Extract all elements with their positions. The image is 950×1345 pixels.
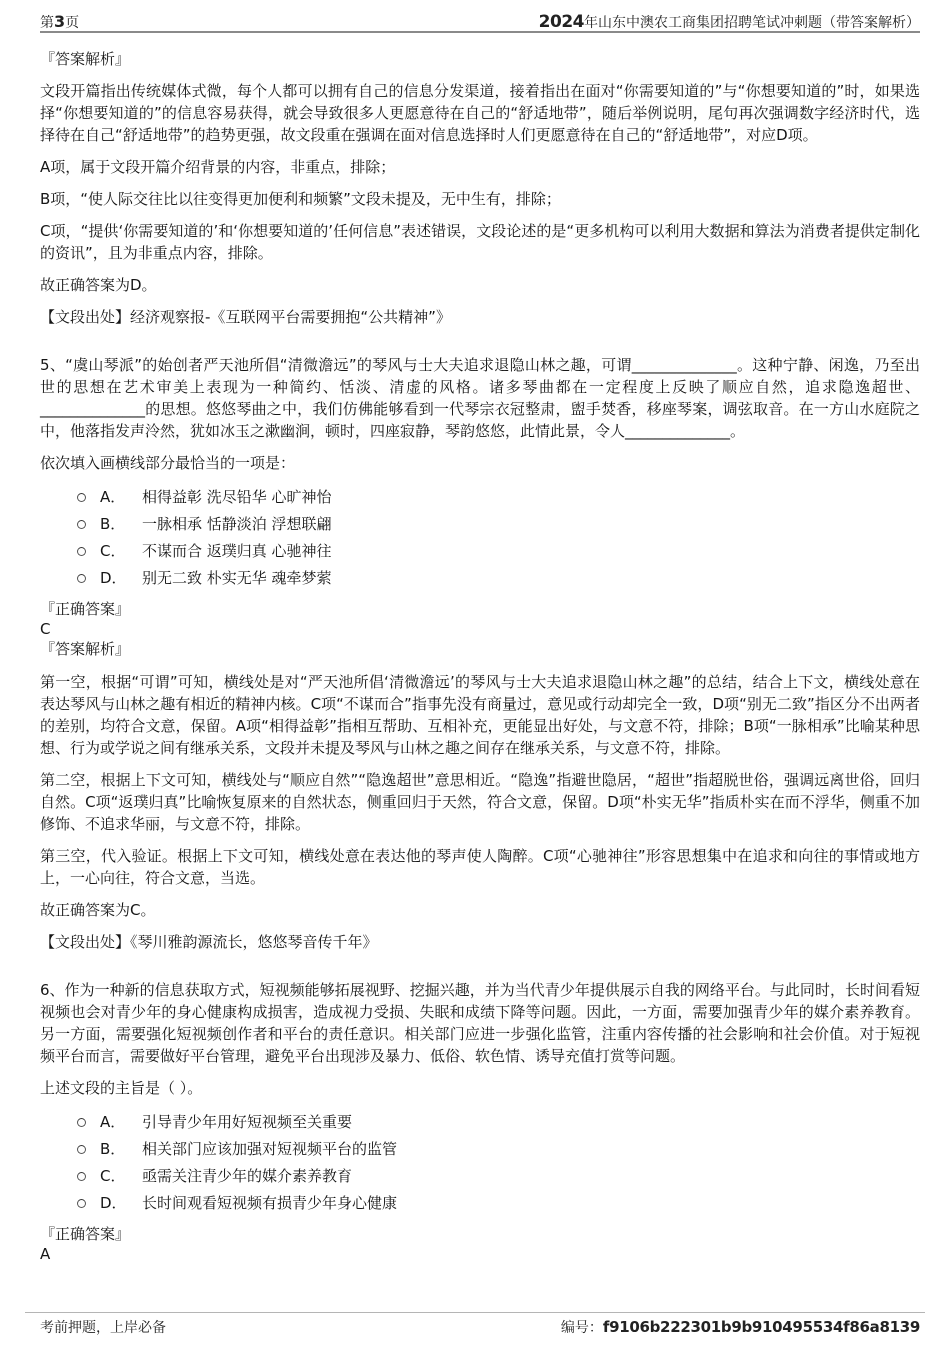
radio-button-icon[interactable] [77,493,86,502]
question-5-answer-block: 『正确答案』 C 『答案解析』 [40,599,920,659]
analysis-option-b: B项，“使人际交往比以往变得更加便利和频繁”文段未提及，无中生有，排除； [40,188,920,210]
page-number-prefix: 第 [40,15,54,31]
question-6-stem: 6、作为一种新的信息获取方式，短视频能够拓展视野、挖掘兴趣，并为当代青少年提供展… [40,979,920,1067]
option-text: 引导青少年用好短视频至关重要 [142,1111,352,1133]
q5-analysis-blank-3: 第三空，代入验证。根据上下文可知，横线处意在表达他的琴声使人陶醉。C项“心驰神往… [40,845,920,889]
radio-button-icon[interactable] [77,574,86,583]
page-footer: 考前押题，上岸必备 编号：f9106b222301b9b910495534f86… [40,1317,920,1337]
radio-button-icon[interactable] [77,520,86,529]
footer-id-value: f9106b222301b9b910495534f86a8139 [603,1318,920,1336]
footer-divider [25,1312,925,1313]
option-text: 相关部门应该加强对短视频平台的监管 [142,1138,397,1160]
q6-option-a[interactable]: A． 引导青少年用好短视频至关重要 [40,1111,920,1133]
document-body: 『答案解析』 文段开篇指出传统媒体式微，每个人都可以拥有自己的信息分发渠道，接着… [40,48,920,1264]
correct-answer-label: 『正确答案』 [40,1224,920,1244]
q5-analysis-source: 【文段出处】《琴川雅韵源流长，悠悠琴音传千年》 [40,931,920,953]
analysis-summary: 文段开篇指出传统媒体式微，每个人都可以拥有自己的信息分发渠道，接着指出在面对“你… [40,80,920,146]
question-6-options: A． 引导青少年用好短视频至关重要 B． 相关部门应该加强对短视频平台的监管 C… [40,1111,920,1214]
option-text: 不谋而合 返璞归真 心驰神往 [142,540,332,562]
option-text: 长时间观看短视频有损青少年身心健康 [142,1192,397,1214]
option-label: C． [100,540,142,562]
analysis-label: 『答案解析』 [40,48,920,70]
q6-option-c[interactable]: C． 亟需关注青少年的媒介素养教育 [40,1165,920,1187]
footer-slogan: 考前押题，上岸必备 [40,1317,166,1337]
header-divider [40,31,920,33]
document-title: 2024年山东中澳农工商集团招聘笔试冲刺题（带答案解析） [539,12,920,32]
option-label: D． [100,567,142,589]
radio-button-icon[interactable] [77,547,86,556]
radio-button-icon[interactable] [77,1118,86,1127]
analysis-source: 【文段出处】经济观察报-《互联网平台需要拥抱“公共精神”》 [40,306,920,328]
option-label: A． [100,1111,142,1133]
correct-answer-value: A [40,1244,920,1264]
page-number: 第3页 [40,12,79,32]
option-text: 别无二致 朴实无华 魂牵梦萦 [142,567,332,589]
option-text: 一脉相承 恬静淡泊 浮想联翩 [142,513,332,535]
correct-answer-value: C [40,619,920,639]
analysis-conclusion: 故正确答案为D。 [40,274,920,296]
q5-analysis-blank-1: 第一空，根据“可谓”可知，横线处是对“严天池所倡‘清微澹远’的琴风与士大夫追求退… [40,671,920,759]
option-label: C． [100,1165,142,1187]
option-label: A． [100,486,142,508]
q6-option-b[interactable]: B． 相关部门应该加强对短视频平台的监管 [40,1138,920,1160]
option-label: B． [100,1138,142,1160]
q5-option-d[interactable]: D． 别无二致 朴实无华 魂牵梦萦 [40,567,920,589]
page-number-suffix: 页 [65,15,79,31]
radio-button-icon[interactable] [77,1199,86,1208]
option-text: 相得益彰 洗尽铅华 心旷神怡 [142,486,332,508]
q5-analysis-conclusion: 故正确答案为C。 [40,899,920,921]
analysis-label: 『答案解析』 [40,639,920,659]
option-label: D． [100,1192,142,1214]
page-number-value: 3 [54,12,65,31]
question-6: 6、作为一种新的信息获取方式，短视频能够拓展视野、挖掘兴趣，并为当代青少年提供展… [40,979,920,1264]
correct-answer-label: 『正确答案』 [40,599,920,619]
q5-option-a[interactable]: A． 相得益彰 洗尽铅华 心旷神怡 [40,486,920,508]
question-5-options: A． 相得益彰 洗尽铅华 心旷神怡 B． 一脉相承 恬静淡泊 浮想联翩 C． 不… [40,486,920,589]
question-6-prompt: 上述文段的主旨是（ ）。 [40,1077,920,1099]
analysis-option-c: C项，“提供‘你需要知道的’和‘你想要知道的’任何信息”表述错误，文段论述的是“… [40,220,920,264]
document-title-text: 年山东中澳农工商集团招聘笔试冲刺题（带答案解析） [584,15,920,31]
question-5-stem: 5、“虞山琴派”的始创者严天池所倡“清微澹远”的琴风与士大夫追求退隐山林之趣，可… [40,354,920,442]
q5-option-b[interactable]: B． 一脉相承 恬静淡泊 浮想联翩 [40,513,920,535]
radio-button-icon[interactable] [77,1172,86,1181]
footer-id-label: 编号： [561,1320,603,1336]
option-label: B． [100,513,142,535]
question-6-answer-block: 『正确答案』 A [40,1224,920,1264]
option-text: 亟需关注青少年的媒介素养教育 [142,1165,352,1187]
question-5: 5、“虞山琴派”的始创者严天池所倡“清微澹远”的琴风与士大夫追求退隐山林之趣，可… [40,354,920,953]
question-5-prompt: 依次填入画横线部分最恰当的一项是： [40,452,920,474]
q5-analysis-blank-2: 第二空，根据上下文可知，横线处与“顺应自然”“隐逸超世”意思相近。“隐逸”指避世… [40,769,920,835]
page-header: 第3页 2024年山东中澳农工商集团招聘笔试冲刺题（带答案解析） [40,12,920,32]
document-page: 第3页 2024年山东中澳农工商集团招聘笔试冲刺题（带答案解析） 『答案解析』 … [0,0,950,1345]
document-title-year: 2024 [539,12,584,32]
analysis-option-a: A项，属于文段开篇介绍背景的内容，非重点，排除； [40,156,920,178]
radio-button-icon[interactable] [77,1145,86,1154]
q5-option-c[interactable]: C． 不谋而合 返璞归真 心驰神往 [40,540,920,562]
footer-document-id: 编号：f9106b222301b9b910495534f86a8139 [561,1317,920,1337]
q6-option-d[interactable]: D． 长时间观看短视频有损青少年身心健康 [40,1192,920,1214]
